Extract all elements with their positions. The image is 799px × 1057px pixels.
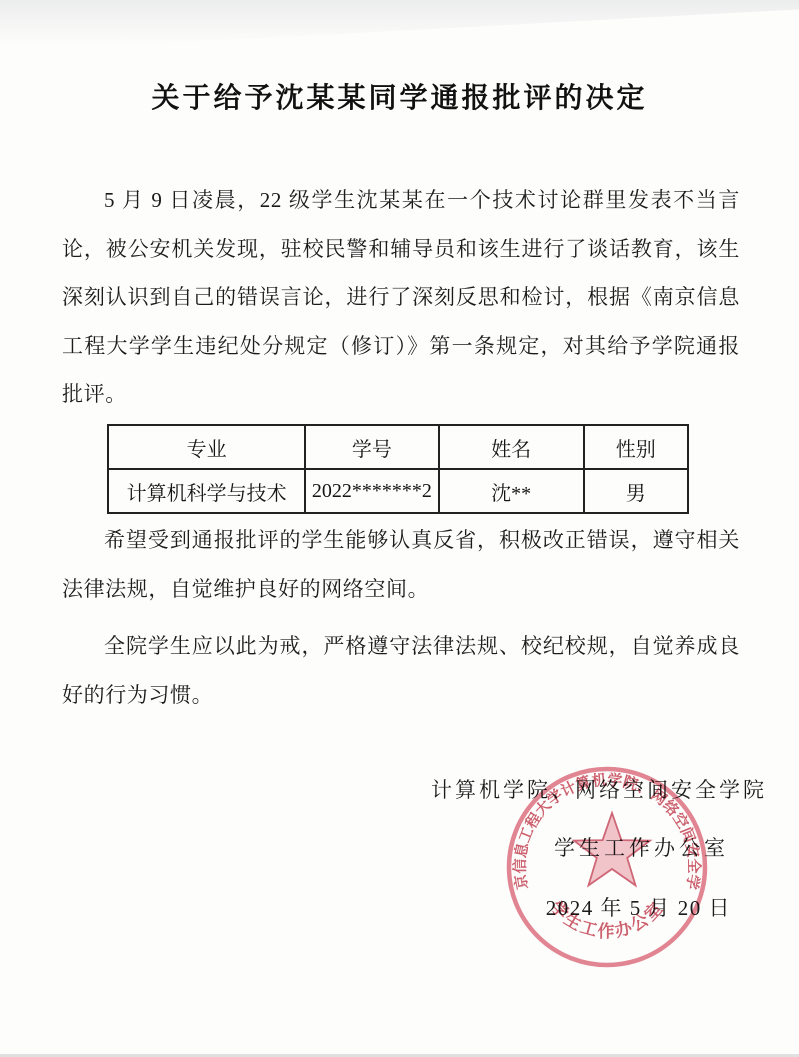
document-page: 关于给予沈某某同学通报批评的决定 5 月 9 日凌晨，22 级学生沈某某在一个技… (0, 0, 799, 1057)
paragraph-hope: 希望受到通报批评的学生能够认真反省，积极改正错误，遵守相关法律法规，自觉维护良好… (62, 516, 740, 613)
cell-major: 计算机科学与技术 (108, 469, 305, 513)
signature-date: 2024 年 5 月 20 日 (546, 893, 731, 923)
header-student-id: 学号 (305, 425, 438, 469)
student-info-table: 专业 学号 姓名 性别 计算机科学与技术 2022*******2 沈** 男 (107, 424, 689, 514)
cell-gender: 男 (584, 469, 688, 513)
header-gender: 性别 (584, 425, 688, 469)
paragraph-incident: 5 月 9 日凌晨，22 级学生沈某某在一个技术讨论群里发表不当言论，被公安机关… (62, 176, 740, 419)
signature-college-line: 计算机学院、网络空间安全学院 (431, 775, 767, 805)
paragraph-warning: 全院学生应以此为戒，严格遵守法律法规、校纪校规，自觉养成良好的行为习惯。 (62, 622, 740, 719)
scan-shadow-top (0, 0, 799, 52)
header-major: 专业 (108, 425, 305, 469)
cell-student-id: 2022*******2 (305, 469, 438, 513)
document-title: 关于给予沈某某同学通报批评的决定 (0, 76, 799, 116)
table-header-row: 专业 学号 姓名 性别 (108, 425, 688, 469)
table-row: 计算机科学与技术 2022*******2 沈** 男 (108, 469, 688, 513)
cell-name: 沈** (439, 469, 584, 513)
header-name: 姓名 (439, 425, 584, 469)
signature-office-line: 学生工作办公室 (554, 833, 729, 863)
